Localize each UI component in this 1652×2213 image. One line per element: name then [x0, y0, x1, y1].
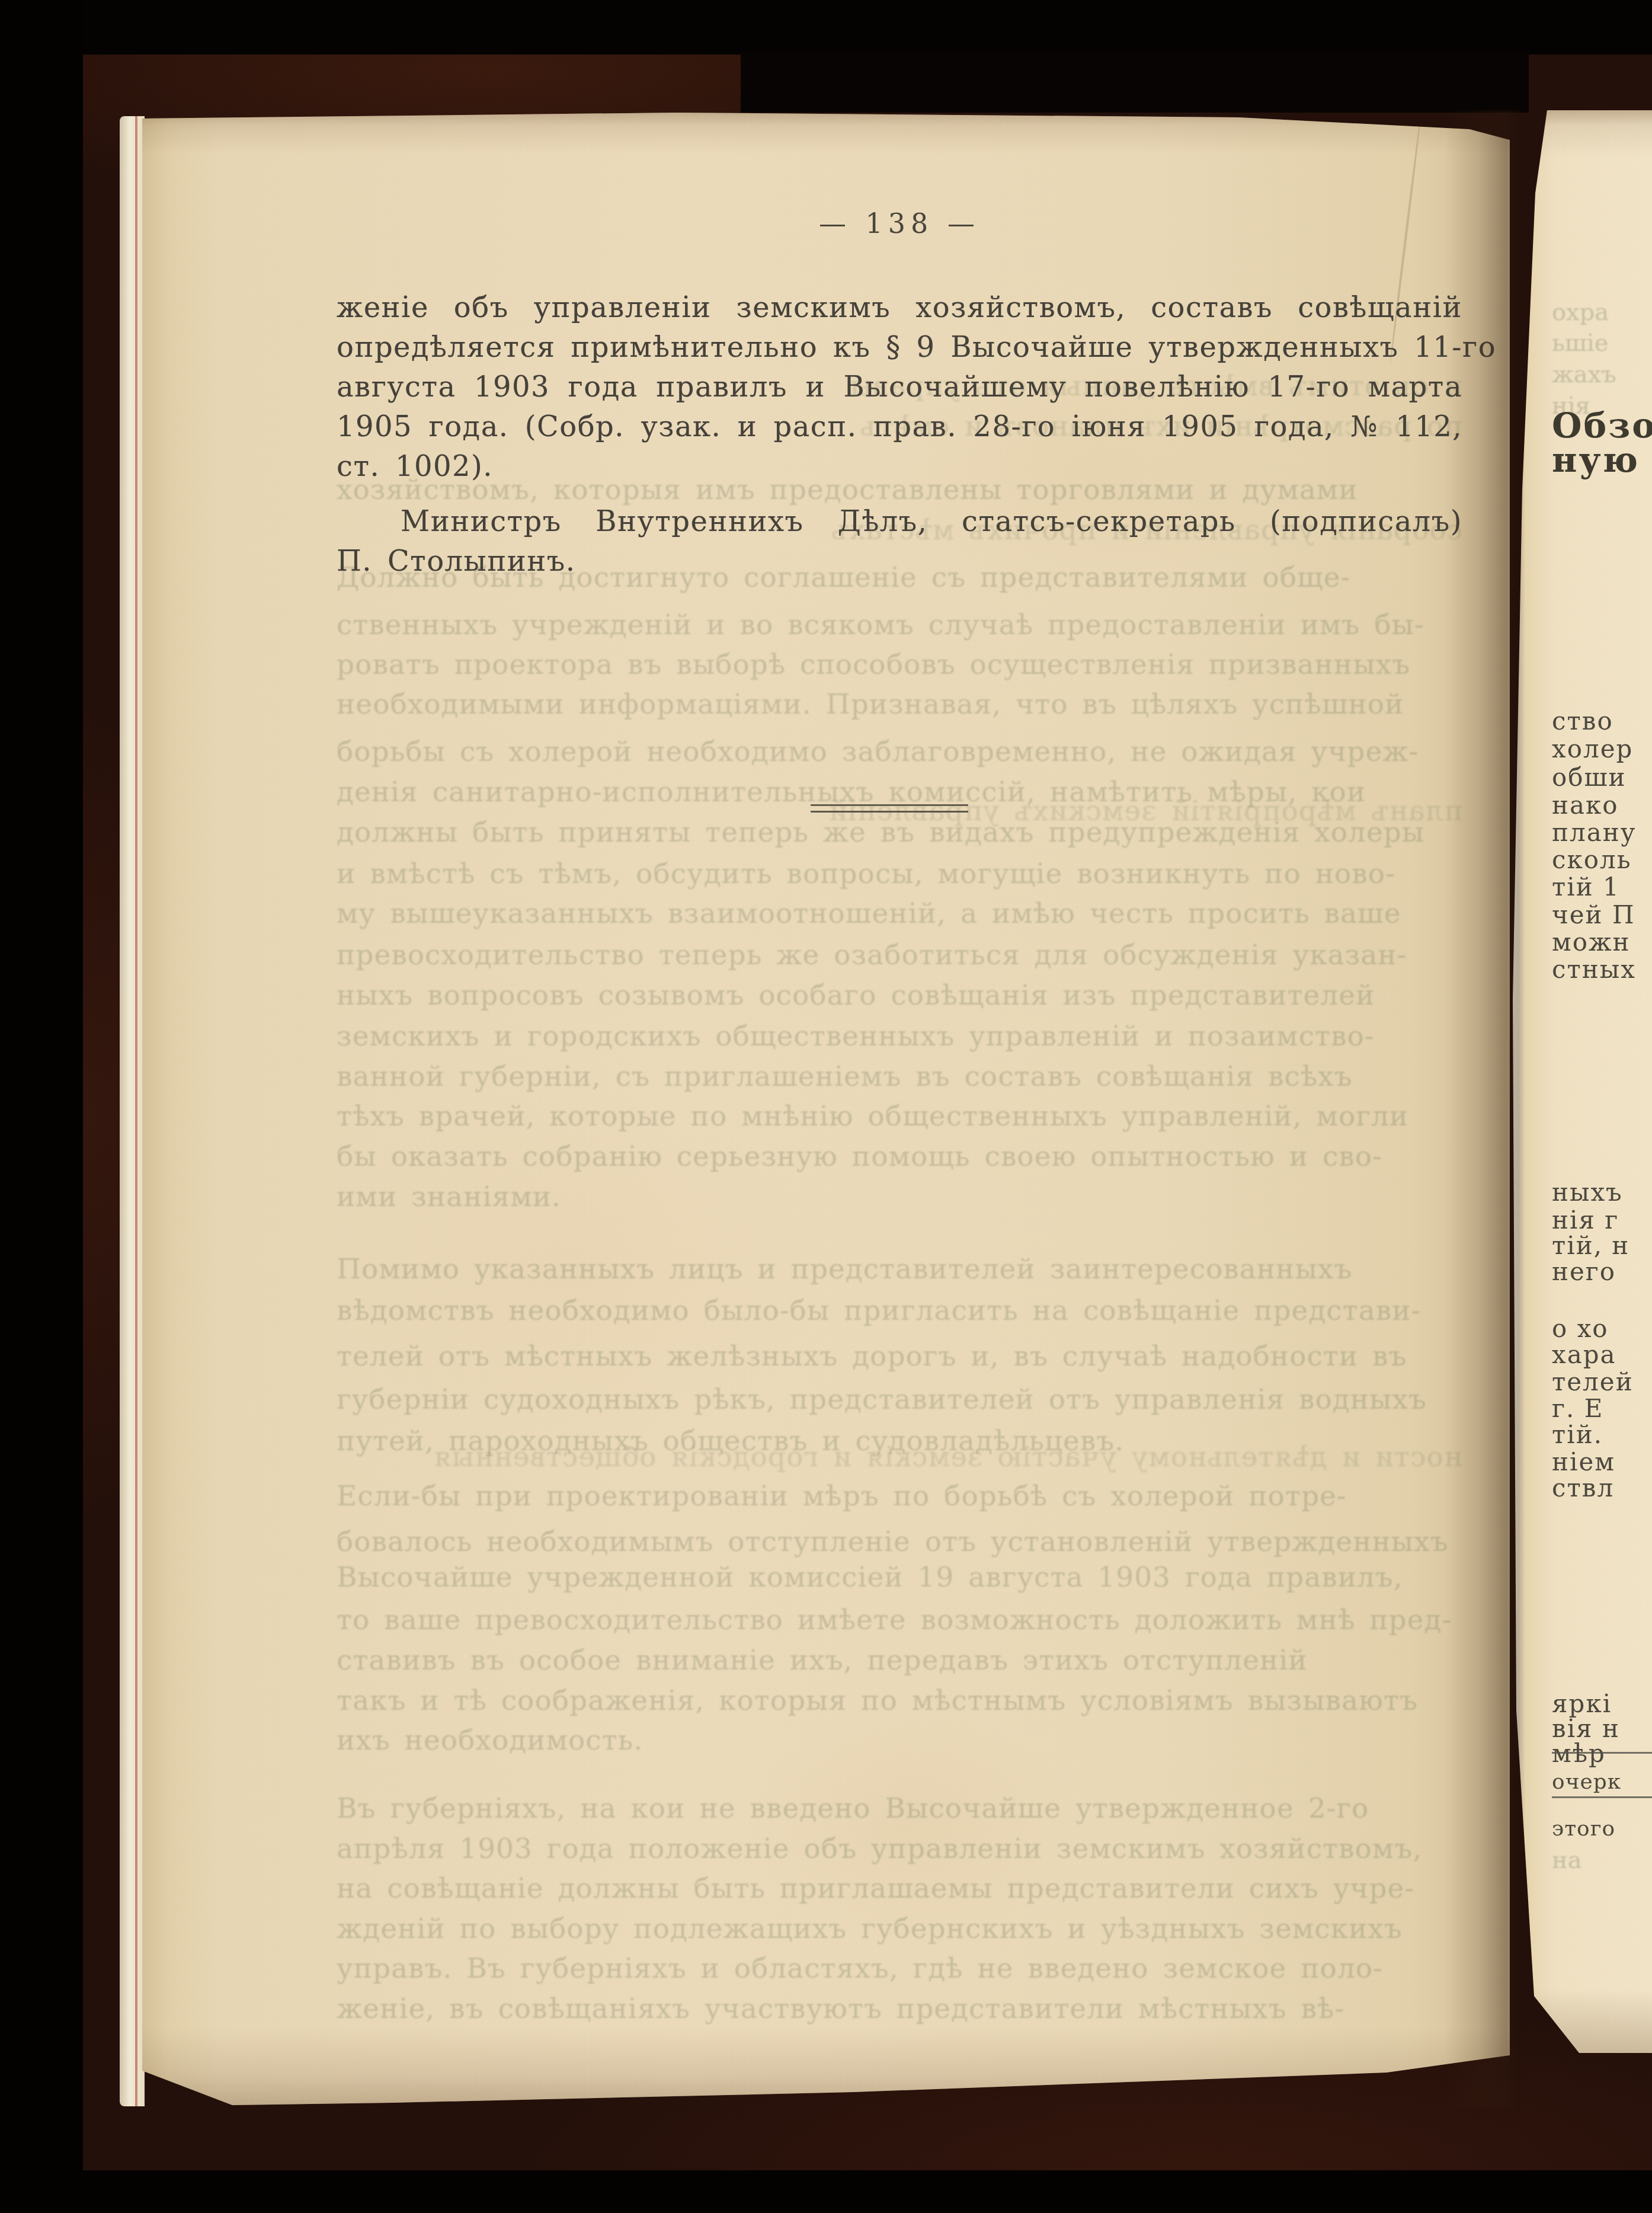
right-page-sliver: охраьшіежахъніяОбзорнуюствохолеробшинако… — [1508, 110, 1652, 2053]
text-fragment: плану — [1552, 818, 1636, 847]
bleedthrough-line: ихъ необходимость. — [337, 1724, 1462, 1757]
bleedthrough-line: женіе, въ совѣщаніяхъ участвуютъ предста… — [337, 1993, 1462, 2025]
text-line: опредѣляется примѣнительно къ § 9 Высоча… — [337, 328, 1462, 367]
text-fragment: чей П — [1552, 900, 1635, 929]
text-fragment: ныхъ — [1552, 1178, 1623, 1207]
bleedthrough-line: вѣдомствъ необходимо было-бы пригласить … — [337, 1294, 1462, 1327]
text-fragment: можн — [1552, 928, 1631, 957]
bleedthrough-line: ставивъ въ особое вниманіе ихъ, передавъ… — [337, 1644, 1462, 1677]
bleedthrough-line: денія санитарно-исполнительныхъ комиссій… — [337, 776, 1462, 808]
text-line: П. Столыпинъ. — [337, 542, 1462, 581]
text-fragment: г. Е — [1552, 1394, 1603, 1423]
bleedthrough-line: ныхъ вопросовъ созывомъ особаго совѣщані… — [337, 979, 1462, 1012]
bleedthrough-line: ими знаніями. — [337, 1181, 1462, 1213]
bleedthrough-line: телей отъ мѣстныхъ желѣзныхъ дорогъ и, в… — [337, 1340, 1462, 1373]
bleedthrough-line: превосходительство теперь же озаботиться… — [337, 939, 1462, 971]
right-page-text-fragments: охраьшіежахъніяОбзорнуюствохолеробшинако… — [1552, 110, 1652, 2053]
bleedthrough-line: бовалось необходимымъ отступленіе отъ ус… — [337, 1526, 1462, 1558]
section-divider-double-rule — [811, 804, 968, 813]
bleedthrough-line: Въ губерніяхъ, на кои не введено Высочай… — [337, 1792, 1462, 1825]
text-line: 1905 года. (Собр. узак. и расп. прав. 28… — [337, 407, 1462, 447]
text-fragment — [1552, 1752, 1652, 1754]
bleedthrough-line: управъ. Въ губерніяхъ и областяхъ, гдѣ н… — [337, 1952, 1462, 1985]
text-fragment: нія г — [1552, 1205, 1619, 1235]
bleedthrough-line: Помимо указанныхъ лицъ и представителей … — [337, 1253, 1462, 1285]
bleedthrough-line: ственныхъ учрежденій и во всякомъ случаѣ… — [337, 609, 1462, 641]
text-fragment: хара — [1552, 1340, 1616, 1369]
text-fragment: ствл — [1552, 1473, 1614, 1502]
bleedthrough-line: бы оказать собранію серьезную помощь сво… — [337, 1140, 1462, 1173]
bleedthrough-line: борьбы съ холерой необходимо заблаговрем… — [337, 735, 1462, 768]
text-fragment: сколь — [1552, 845, 1632, 874]
text-fragment: этого — [1552, 1817, 1615, 1841]
bleedthrough-line: губерніи судоходныхъ рѣкъ, представителе… — [337, 1383, 1462, 1416]
background-bottom-band — [0, 2170, 1652, 2213]
text-fragment: нако — [1552, 791, 1619, 820]
page-stack-fore-edge — [120, 116, 145, 2106]
text-fragment: о хо — [1552, 1314, 1609, 1343]
bleedthrough-line: жденій по выбору подлежащихъ губернскихъ… — [337, 1913, 1462, 1945]
background-left-band — [0, 0, 83, 2213]
paragraph-decree: женіе объ управленіи земскимъ хозяйством… — [337, 288, 1462, 487]
text-fragment: холер — [1552, 734, 1633, 763]
text-fragment: охра — [1552, 299, 1609, 326]
text-fragment: ьшіе — [1552, 330, 1608, 357]
text-line: Министръ Внутреннихъ Дѣлъ, статсъ-секрет… — [337, 502, 1462, 542]
background-top-band — [0, 0, 1652, 55]
bleedthrough-line: тѣхъ врачей, которые по мнѣнію обществен… — [337, 1100, 1462, 1133]
bleedthrough-line: то ваше превосходительство имѣете возмож… — [337, 1604, 1462, 1636]
text-fragment: ство — [1552, 706, 1613, 735]
text-fragment: очерк — [1552, 1770, 1621, 1794]
fore-edge-red-line — [135, 116, 137, 2106]
text-fragment: тій, н — [1552, 1231, 1629, 1260]
bleedthrough-line: необходимыми информаціями. Признавая, чт… — [337, 688, 1462, 721]
bleedthrough-line: апрѣля 1903 года положеніе объ управлені… — [337, 1833, 1462, 1865]
text-fragment: тій 1 — [1552, 872, 1620, 901]
bleedthrough-line: на совѣщаніе должны быть приглашаемы пре… — [337, 1872, 1462, 1905]
bleedthrough-line: роватъ проектора въ выборѣ способовъ осу… — [337, 648, 1462, 681]
text-fragment: стных — [1552, 955, 1636, 984]
bleedthrough-line: Высочайше учрежденной комиссіей 19 авгус… — [337, 1561, 1462, 1594]
text-line: ст. 1002). — [337, 447, 1462, 487]
bleedthrough-line: и вмѣстѣ съ тѣмъ, обсудить вопросы, могу… — [337, 858, 1462, 890]
background-top-right-band — [741, 51, 1529, 113]
divider-bar-bottom — [811, 811, 968, 813]
text-fragment: него — [1552, 1257, 1616, 1286]
text-line: женіе объ управленіи земскимъ хозяйством… — [337, 288, 1462, 328]
bleedthrough-line: такъ и тѣ соображенія, которыя по мѣстны… — [337, 1684, 1462, 1717]
left-page: и съ этимъ вмѣстѣ данныя отъ управыпо ра… — [142, 113, 1510, 2105]
text-fragment: жахъ — [1552, 361, 1616, 388]
bleedthrough-line: путей, пароходныхъ обществъ и судовладѣл… — [337, 1425, 1462, 1457]
text-fragment: тій. — [1552, 1420, 1603, 1449]
bleedthrough-line: ности и дѣятельному участію земскія и го… — [337, 1441, 1462, 1473]
bleedthrough-line: земскихъ и городскихъ общественныхъ упра… — [337, 1020, 1462, 1053]
text-line: августа 1903 года правилъ и Высочайшему … — [337, 367, 1462, 407]
paragraph-signature: Министръ Внутреннихъ Дѣлъ, статсъ-секрет… — [337, 502, 1462, 581]
bleedthrough-line: должны быть приняты теперь же въ видахъ … — [337, 816, 1462, 849]
text-fragment: на — [1552, 1847, 1582, 1874]
page-number: — 138 — — [337, 207, 1462, 239]
text-fragment: ную — [1552, 440, 1640, 480]
text-fragment: обши — [1552, 763, 1627, 792]
bleedthrough-line: Если-бы при проектированіи мѣръ по борьб… — [337, 1480, 1462, 1512]
book-scan: и съ этимъ вмѣстѣ данныя отъ управыпо ра… — [0, 0, 1652, 2213]
text-fragment — [1552, 1796, 1652, 1798]
text-fragment: телей — [1552, 1367, 1634, 1396]
divider-bar-top — [811, 804, 968, 806]
bleedthrough-line: ванной губерніи, съ приглашеніемъ въ сос… — [337, 1060, 1462, 1093]
bleedthrough-line: му вышеуказанныхъ взаимоотношеній, а имѣ… — [337, 897, 1462, 930]
text-fragment: ніем — [1552, 1447, 1615, 1476]
